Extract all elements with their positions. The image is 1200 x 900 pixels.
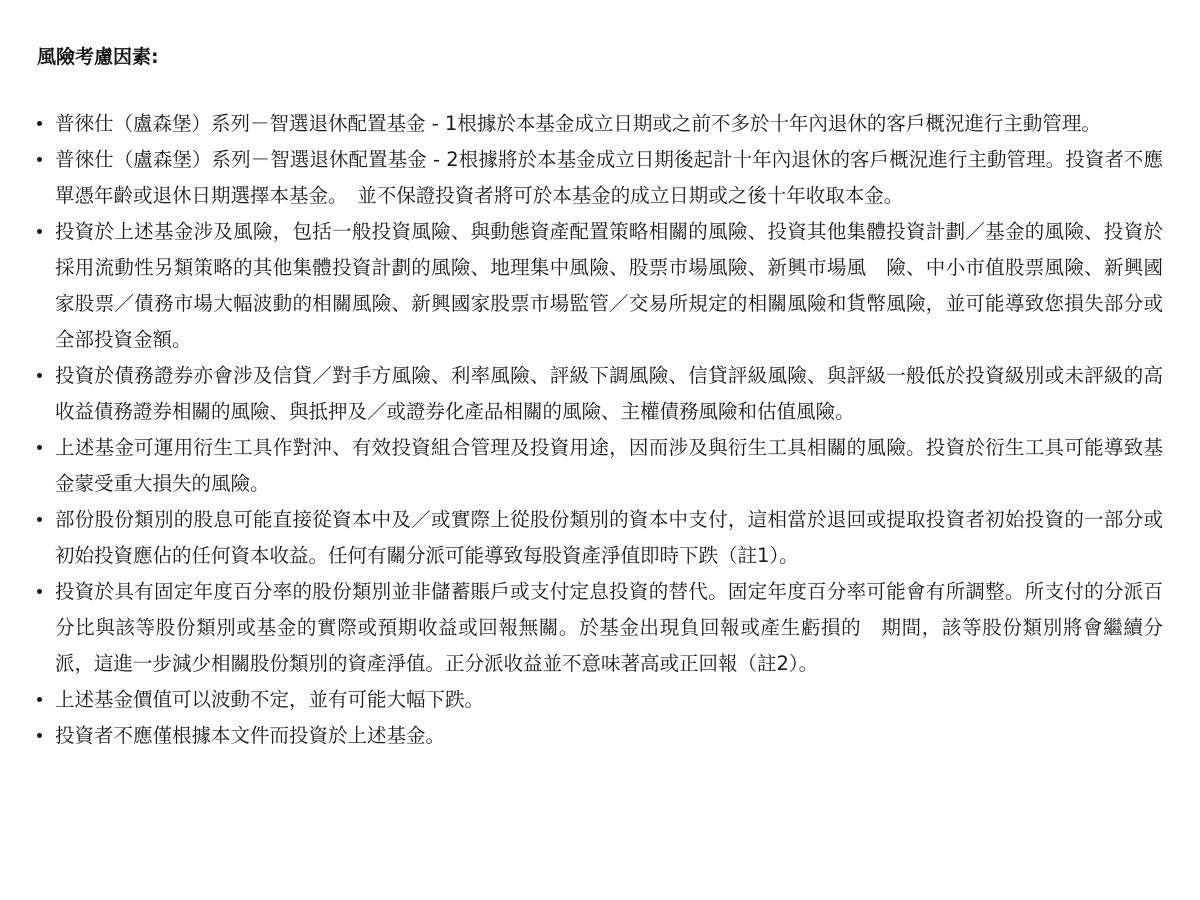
bullet-icon [37, 697, 42, 702]
list-item: 投資於上述基金涉及風險，包括一般投資風險、與動態資產配置策略相關的風險、投資其他… [37, 214, 1163, 358]
risk-factors-list: 普徠仕（盧森堡）系列－智選退休配置基金 - 1根據於本基金成立日期或之前不多於十… [37, 106, 1164, 754]
list-item-text: 上述基金可運用衍生工具作對沖、有效投資組合管理及投資用途，因而涉及與衍生工具相關… [55, 436, 1163, 495]
list-item-text: 部份股份類別的股息可能直接從資本中及／或實際上從股份類別的資本中支付，這相當於退… [55, 508, 1163, 567]
bullet-icon [37, 445, 42, 450]
bullet-icon [37, 373, 42, 378]
bullet-icon [37, 589, 42, 594]
list-item-text: 投資於上述基金涉及風險，包括一般投資風險、與動態資產配置策略相關的風險、投資其他… [55, 220, 1163, 351]
list-item: 上述基金價值可以波動不定，並有可能大幅下跌。 [37, 682, 1163, 718]
list-item: 投資於具有固定年度百分率的股份類別並非儲蓄賬戶或支付定息投資的替代。固定年度百分… [37, 574, 1163, 682]
bullet-icon [37, 121, 42, 126]
list-item: 普徠仕（盧森堡）系列－智選退休配置基金 - 1根據於本基金成立日期或之前不多於十… [37, 106, 1163, 142]
list-item-text: 投資於債務證券亦會涉及信貸／對手方風險、利率風險、評級下調風險、信貸評級風險、與… [55, 364, 1163, 423]
list-item-text: 普徠仕（盧森堡）系列－智選退休配置基金 - 1根據於本基金成立日期或之前不多於十… [55, 112, 1101, 135]
bullet-icon [37, 517, 42, 522]
list-item-text: 普徠仕（盧森堡）系列－智選退休配置基金 - 2根據將於本基金成立日期後起計十年內… [55, 148, 1163, 207]
bullet-icon [37, 157, 42, 162]
bullet-icon [37, 733, 42, 738]
list-item-text: 上述基金價值可以波動不定，並有可能大幅下跌。 [55, 688, 484, 711]
bullet-icon [37, 229, 42, 234]
list-item: 部份股份類別的股息可能直接從資本中及／或實際上從股份類別的資本中支付，這相當於退… [37, 502, 1163, 574]
risk-factors-document: 風險考慮因素: 普徠仕（盧森堡）系列－智選退休配置基金 - 1根據於本基金成立日… [0, 0, 1200, 754]
section-title: 風險考慮因素: [37, 42, 1164, 72]
list-item: 投資於債務證券亦會涉及信貸／對手方風險、利率風險、評級下調風險、信貸評級風險、與… [37, 358, 1163, 430]
list-item-text: 投資者不應僅根據本文件而投資於上述基金。 [55, 724, 445, 747]
list-item: 投資者不應僅根據本文件而投資於上述基金。 [37, 718, 1163, 754]
list-item-text: 投資於具有固定年度百分率的股份類別並非儲蓄賬戶或支付定息投資的替代。固定年度百分… [55, 580, 1163, 675]
list-item: 上述基金可運用衍生工具作對沖、有效投資組合管理及投資用途，因而涉及與衍生工具相關… [37, 430, 1163, 502]
list-item: 普徠仕（盧森堡）系列－智選退休配置基金 - 2根據將於本基金成立日期後起計十年內… [37, 142, 1163, 214]
